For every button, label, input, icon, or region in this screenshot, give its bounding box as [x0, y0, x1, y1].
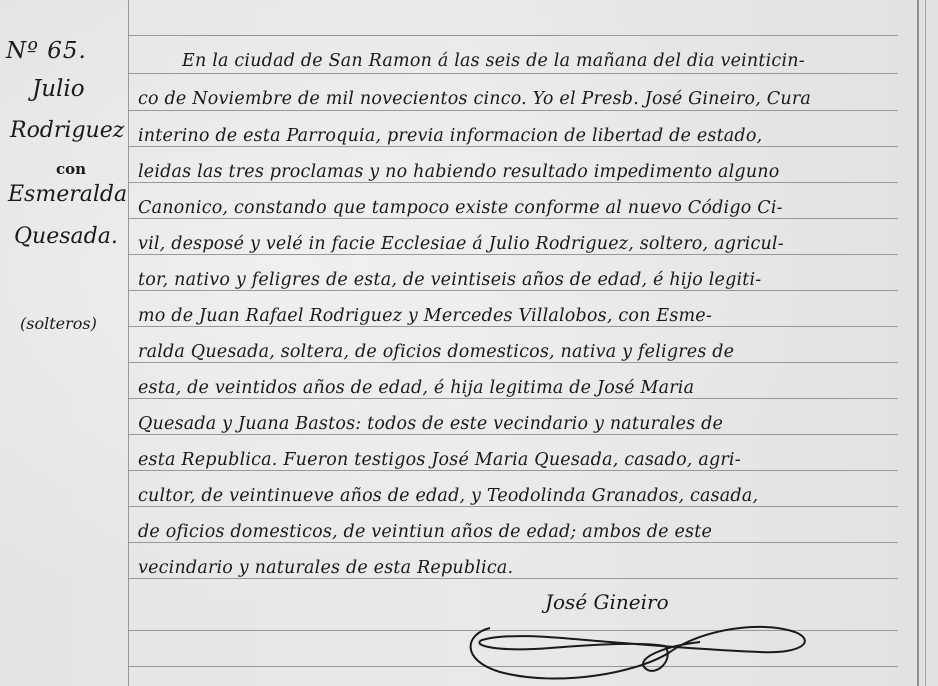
body-line: vil, desposé y velé in facie Ecclesiae á… — [138, 234, 784, 254]
entry-body: En la ciudad de San Ramon á las seis de … — [0, 0, 938, 686]
register-page: Nº 65. Julio Rodriguez con Esmeralda Que… — [0, 0, 938, 686]
body-line: esta Republica. Fueron testigos José Mar… — [138, 450, 741, 470]
body-line: Canonico, constando que tampoco existe c… — [138, 198, 783, 218]
body-line: esta, de veintidos años de edad, é hija … — [138, 378, 694, 398]
body-line: mo de Juan Rafael Rodriguez y Mercedes V… — [138, 306, 712, 326]
body-line: co de Noviembre de mil novecientos cinco… — [138, 89, 811, 109]
body-line: tor, nativo y feligres de esta, de veint… — [138, 270, 761, 290]
body-line: vecindario y naturales de esta Republica… — [138, 558, 513, 578]
body-line: de oficios domesticos, de veintiun años … — [138, 522, 712, 542]
body-line: cultor, de veintinueve años de edad, y T… — [138, 486, 758, 506]
body-line: ralda Quesada, soltera, de oficios domes… — [138, 342, 734, 362]
body-line: leidas las tres proclamas y no habiendo … — [138, 162, 780, 182]
rubric-flourish-icon — [460, 612, 820, 686]
body-line: En la ciudad de San Ramon á las seis de … — [182, 51, 805, 71]
body-line: Quesada y Juana Bastos: todos de este ve… — [138, 414, 723, 434]
body-line: interino de esta Parroquia, previa infor… — [138, 126, 762, 146]
priest-signature: José Gineiro — [545, 590, 669, 614]
